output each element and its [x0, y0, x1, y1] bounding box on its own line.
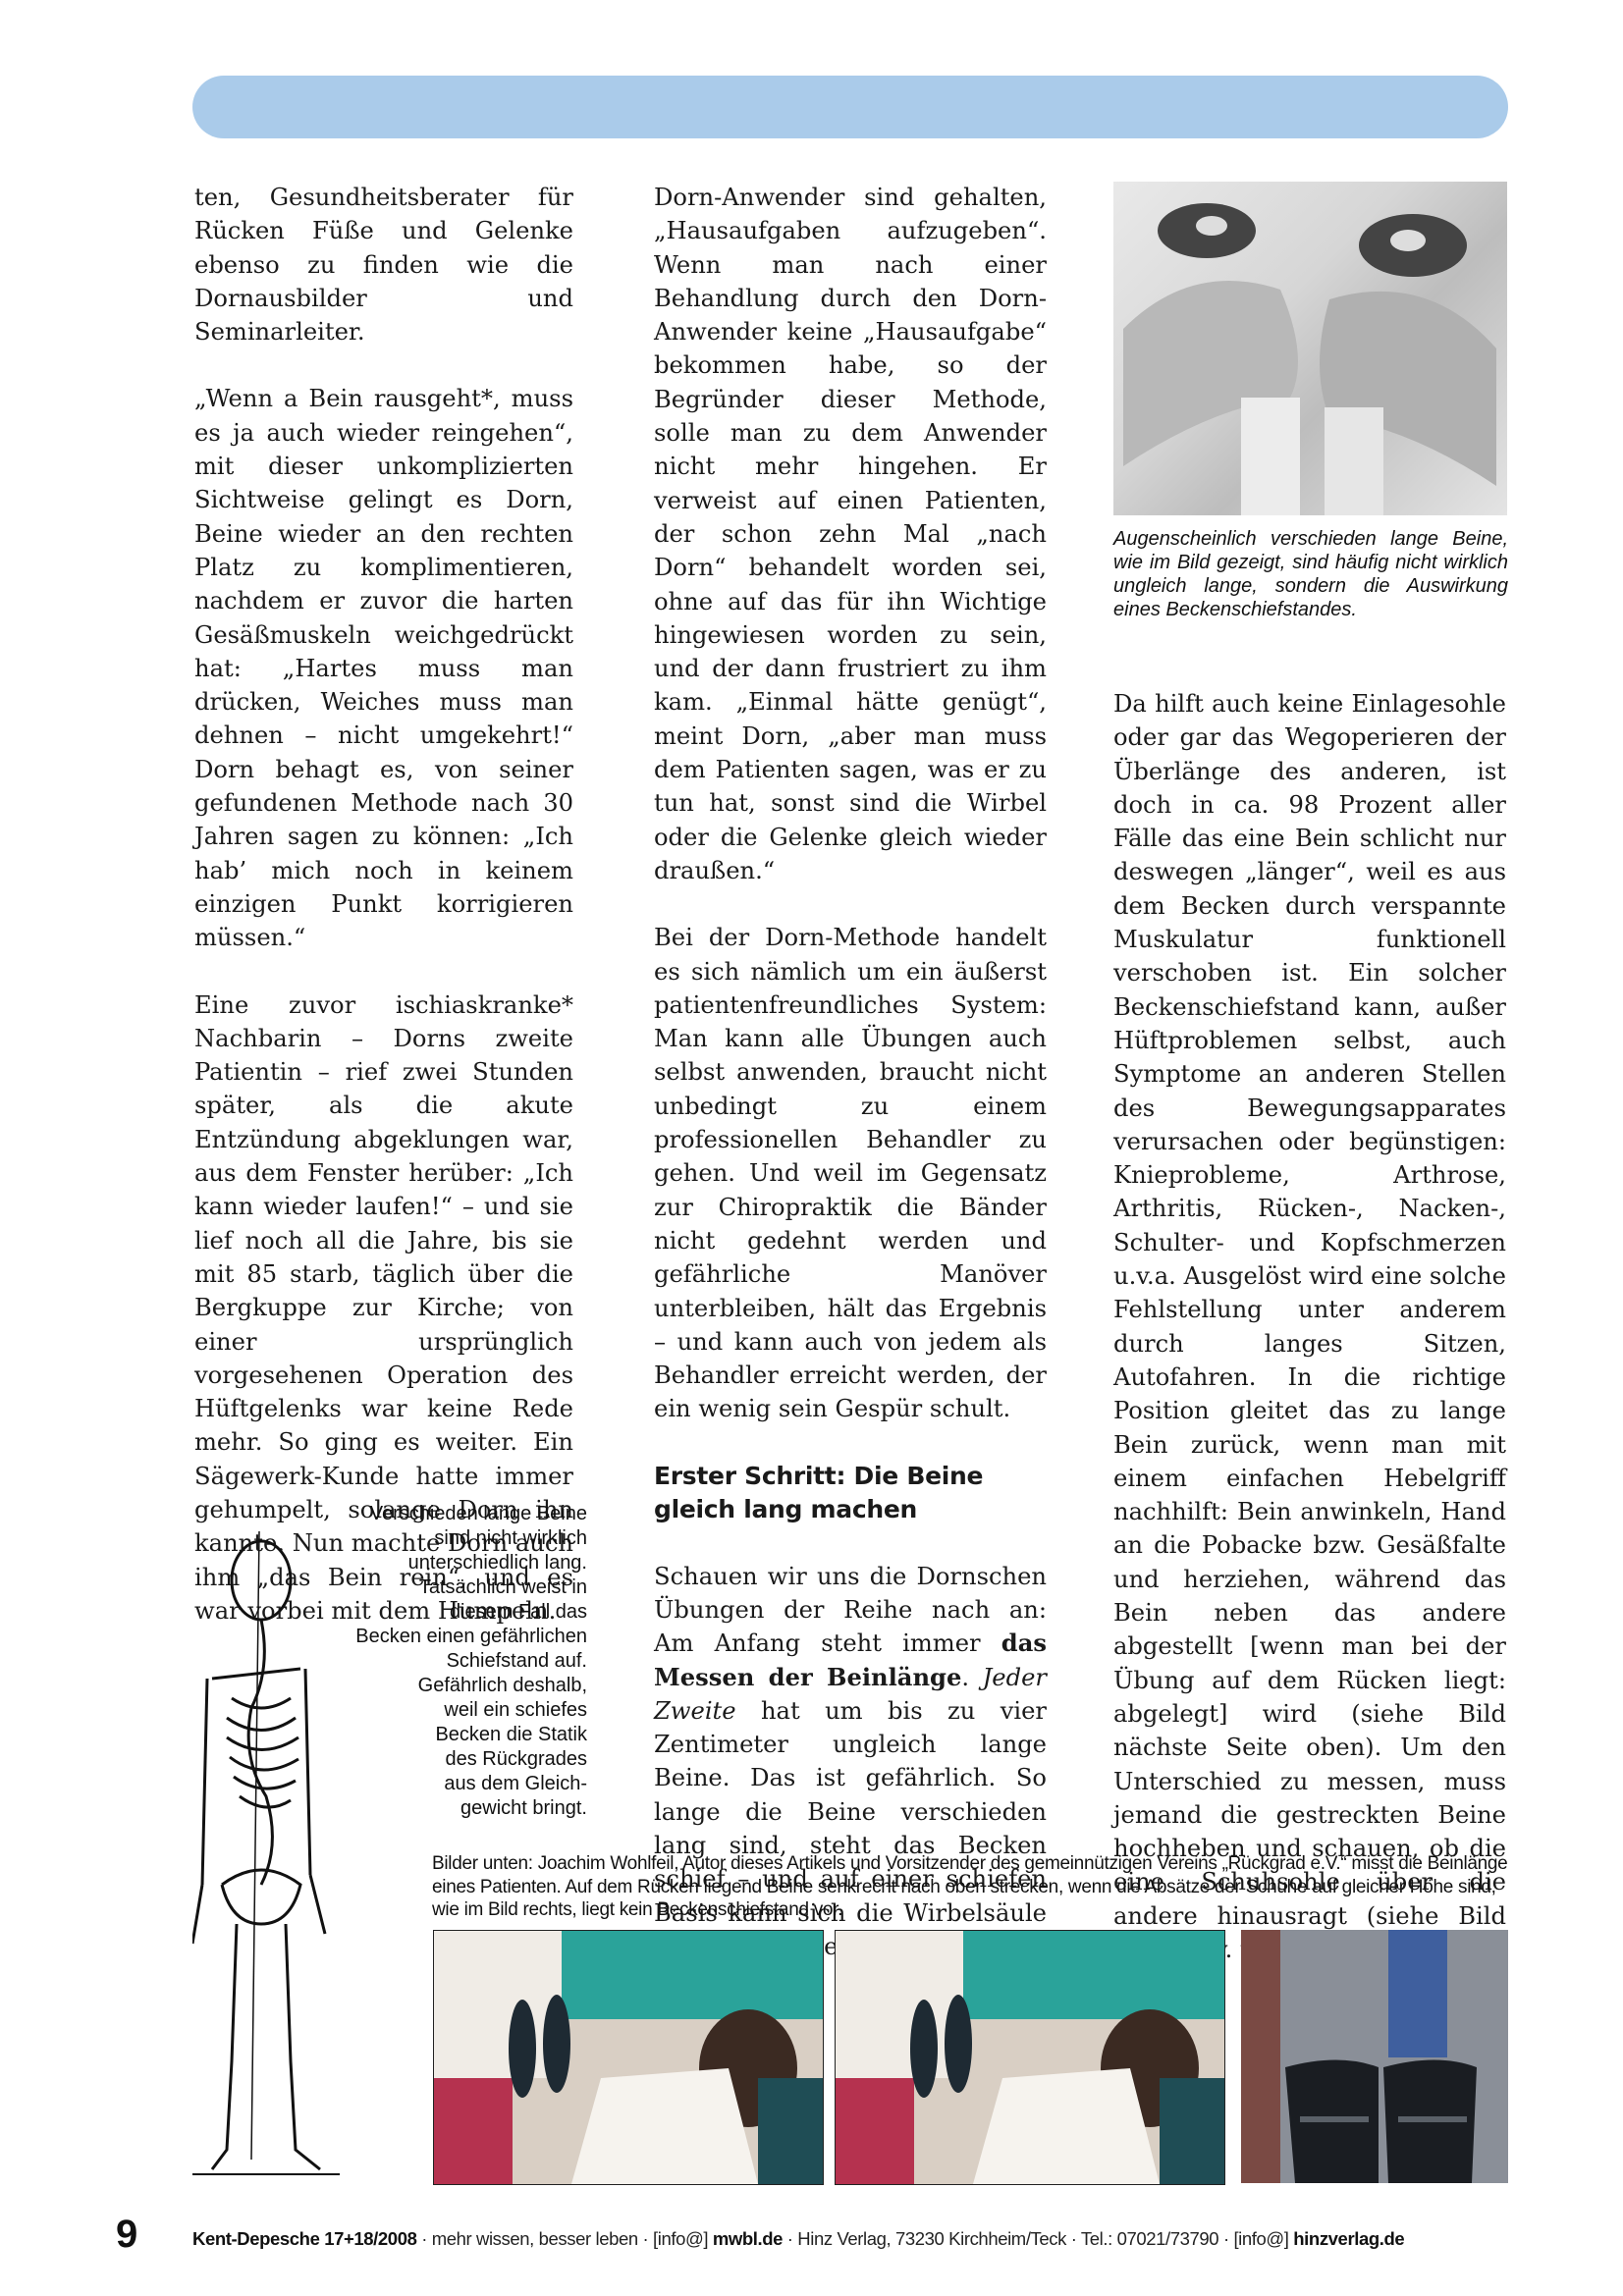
- section-subheading: Erster Schritt: Die Beine gleich lang ma…: [654, 1460, 1047, 1526]
- photo-shoe-heels: [1241, 1930, 1508, 2183]
- footer-imprint: Kent-Depesche 17+18/2008 · mehr wissen, …: [192, 2228, 1404, 2250]
- top-photo-caption: Augenscheinlich verschieden lange Beine,…: [1113, 527, 1508, 621]
- paragraph: „Wenn a Bein rausgeht*, muss es ja auch …: [194, 382, 573, 954]
- article-column-3: Da hilft auch keine Einlagesohle oder ga…: [1113, 687, 1506, 2000]
- link-mwbl[interactable]: mwbl.de: [713, 2228, 783, 2249]
- page-number: 9: [116, 2213, 137, 2257]
- photo-leg-measurement-2: [835, 1930, 1225, 2185]
- header-banner: [192, 76, 1508, 138]
- photo-hands-holding-feet: [1113, 182, 1507, 515]
- page-footer: 9 Kent-Depesche 17+18/2008 · mehr wissen…: [116, 2213, 1510, 2262]
- article-column-1: ten, Gesundheitsberater für Rücken Füße …: [194, 181, 573, 1661]
- paragraph: Da hilft auch keine Einlagesohle oder ga…: [1113, 687, 1506, 1966]
- feet-photo-icon: [1113, 182, 1507, 515]
- link-hinzverlag[interactable]: hinzverlag.de: [1293, 2228, 1404, 2249]
- article-column-2: Dorn-Anwender sind gehalten, „Hausaufgab…: [654, 181, 1047, 1997]
- photo-leg-measurement-1: [433, 1930, 824, 2185]
- paragraph: ten, Gesundheitsberater für Rücken Füße …: [194, 181, 573, 348]
- skeleton-caption: Verschieden lange Beine sind nicht wirkl…: [324, 1502, 587, 1821]
- bottom-photos-caption: Bilder unten: Joachim Wohlfeil, Autor di…: [432, 1852, 1510, 1922]
- paragraph: Bei der Dorn-Methode handelt es sich näm…: [654, 921, 1047, 1425]
- paragraph: Dorn-Anwender sind gehalten, „Hausaufgab…: [654, 181, 1047, 887]
